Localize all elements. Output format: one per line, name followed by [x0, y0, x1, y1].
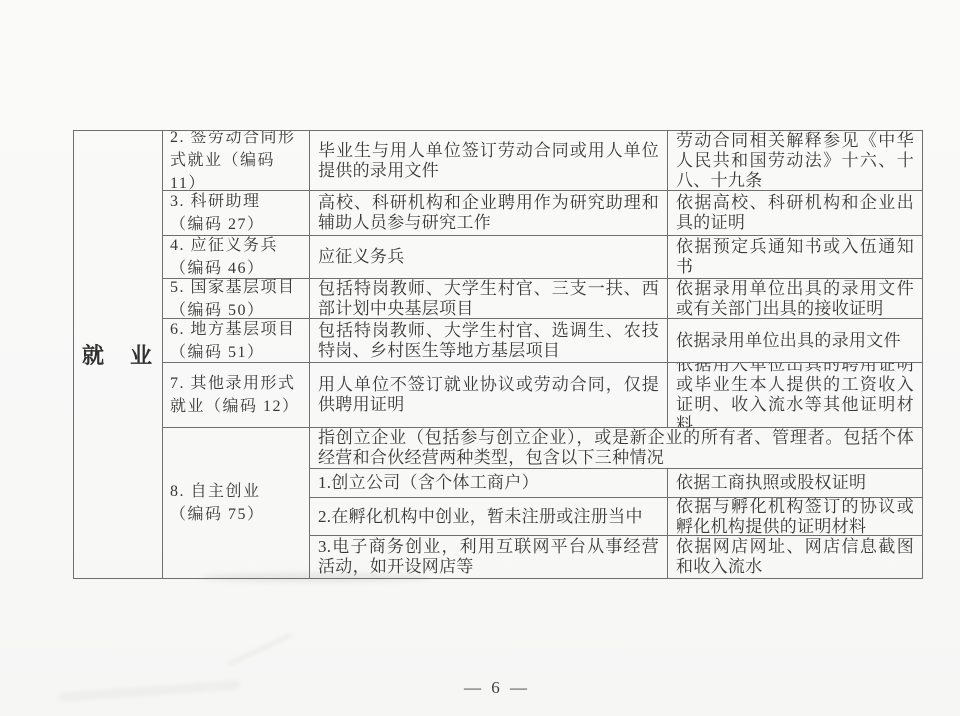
case-evidence-ecommerce: 依据网店网址、网店信息截图和收入流水: [668, 536, 923, 579]
evidence-text: 依据录用单位出具的录用文件: [676, 331, 914, 351]
item-cell-labor-contract: 2. 签劳动合同形 式就业（编码 11）: [163, 131, 310, 191]
category-label: 就 业: [74, 339, 162, 370]
item-cell-other-employment: 7. 其他录用形式 就业（编码 12）: [163, 363, 310, 428]
case-description: 1.创立公司（含个体工商户）: [318, 473, 659, 493]
description-cell-labor-contract: 毕业生与用人单位签订劳动合同或用人单位提供的录用文件: [310, 131, 668, 191]
document-page: 就 业 2. 签劳动合同形 式就业（编码 11） 毕业生与用人单位签订劳动合同或…: [0, 0, 960, 716]
employment-category-table: 就 业 2. 签劳动合同形 式就业（编码 11） 毕业生与用人单位签订劳动合同或…: [73, 130, 923, 579]
description-text: 用人单位不签订就业协议或劳动合同，仅提供聘用证明: [318, 375, 659, 415]
self-employment-intro-cell: 指创立企业（包括参与创立企业），或是新企业的所有者、管理者。包括个体经营和合伙经…: [310, 428, 923, 469]
case-description: 3.电子商务创业，利用互联网平台从事经营活动，如开设网店等: [318, 537, 659, 577]
item-label: 7. 其他录用形式 就业（编码 12）: [170, 372, 304, 418]
description-text: 应征义务兵: [318, 247, 659, 267]
item-cell-self-employment: 8. 自主创业 （编码 75）: [163, 428, 310, 579]
item-label: 6. 地方基层项目 （编码 51）: [170, 319, 304, 363]
evidence-text: 依据录用单位出具的录用文件或有关部门出具的接收证明: [676, 279, 914, 319]
item-label: 8. 自主创业 （编码 75）: [170, 480, 304, 526]
item-cell-national-grassroots: 5. 国家基层项目 （编码 50）: [163, 279, 310, 319]
description-cell-local-grassroots: 包括特岗教师、大学生村官、选调生、农技特岗、乡村医生等地方基层项目: [310, 319, 668, 363]
evidence-cell-other-employment: 依据用人单位出具的聘用证明或毕业生本人提供的工资收入证明、收入流水等其他证明材料: [668, 363, 923, 428]
description-cell-military-service: 应征义务兵: [310, 236, 668, 279]
description-cell-research-assistant: 高校、科研机构和企业聘用作为研究助理和辅助人员参与研究工作: [310, 191, 668, 236]
evidence-text: 依据高校、科研机构和企业出具的证明: [676, 193, 914, 233]
item-cell-research-assistant: 3. 科研助理 （编码 27）: [163, 191, 310, 236]
evidence-cell-national-grassroots: 依据录用单位出具的录用文件或有关部门出具的接收证明: [668, 279, 923, 319]
case-evidence: 依据工商执照或股权证明: [676, 473, 914, 493]
case-evidence-found-company: 依据工商执照或股权证明: [668, 469, 923, 498]
evidence-cell-research-assistant: 依据高校、科研机构和企业出具的证明: [668, 191, 923, 236]
page-number: — 6 —: [0, 678, 960, 698]
description-cell-national-grassroots: 包括特岗教师、大学生村官、三支一扶、西部计划中央基层项目: [310, 279, 668, 319]
item-cell-military-service: 4. 应征义务兵 （编码 46）: [163, 236, 310, 279]
scan-smudge: [228, 633, 293, 665]
case-cell-incubator: 2.在孵化机构中创业，暂未注册或注册当中: [310, 498, 668, 536]
category-cell: 就 业: [74, 131, 163, 579]
description-cell-other-employment: 用人单位不签订就业协议或劳动合同，仅提供聘用证明: [310, 363, 668, 428]
intro-text: 指创立企业（包括参与创立企业），或是新企业的所有者、管理者。包括个体经营和合伙经…: [318, 428, 914, 468]
description-text: 高校、科研机构和企业聘用作为研究助理和辅助人员参与研究工作: [318, 193, 659, 233]
description-text: 包括特岗教师、大学生村官、选调生、农技特岗、乡村医生等地方基层项目: [318, 321, 659, 361]
case-description: 2.在孵化机构中创业，暂未注册或注册当中: [318, 507, 659, 527]
item-cell-local-grassroots: 6. 地方基层项目 （编码 51）: [163, 319, 310, 363]
case-evidence: 依据网店网址、网店信息截图和收入流水: [676, 537, 914, 577]
evidence-cell-labor-contract: 劳动合同相关解释参见《中华人民共和国劳动法》十六、十八、十九条: [668, 131, 923, 191]
evidence-cell-local-grassroots: 依据录用单位出具的录用文件: [668, 319, 923, 363]
evidence-cell-military-service: 依据预定兵通知书或入伍通知书: [668, 236, 923, 279]
evidence-text: 劳动合同相关解释参见《中华人民共和国劳动法》十六、十八、十九条: [676, 131, 914, 191]
item-label: 4. 应征义务兵 （编码 46）: [170, 236, 304, 279]
case-cell-found-company: 1.创立公司（含个体工商户）: [310, 469, 668, 498]
evidence-text: 依据预定兵通知书或入伍通知书: [676, 237, 914, 277]
evidence-text: 依据用人单位出具的聘用证明或毕业生本人提供的工资收入证明、收入流水等其他证明材料: [676, 363, 914, 428]
case-evidence-incubator: 依据与孵化机构签订的协议或孵化机构提供的证明材料: [668, 498, 923, 536]
case-evidence: 依据与孵化机构签订的协议或孵化机构提供的证明材料: [676, 498, 914, 536]
item-label: 2. 签劳动合同形 式就业（编码 11）: [170, 131, 304, 191]
description-text: 包括特岗教师、大学生村官、三支一扶、西部计划中央基层项目: [318, 279, 659, 319]
description-text: 毕业生与用人单位签订劳动合同或用人单位提供的录用文件: [318, 141, 659, 181]
scan-smudge: [200, 573, 430, 582]
item-label: 5. 国家基层项目 （编码 50）: [170, 279, 304, 319]
item-label: 3. 科研助理 （编码 27）: [170, 191, 304, 236]
